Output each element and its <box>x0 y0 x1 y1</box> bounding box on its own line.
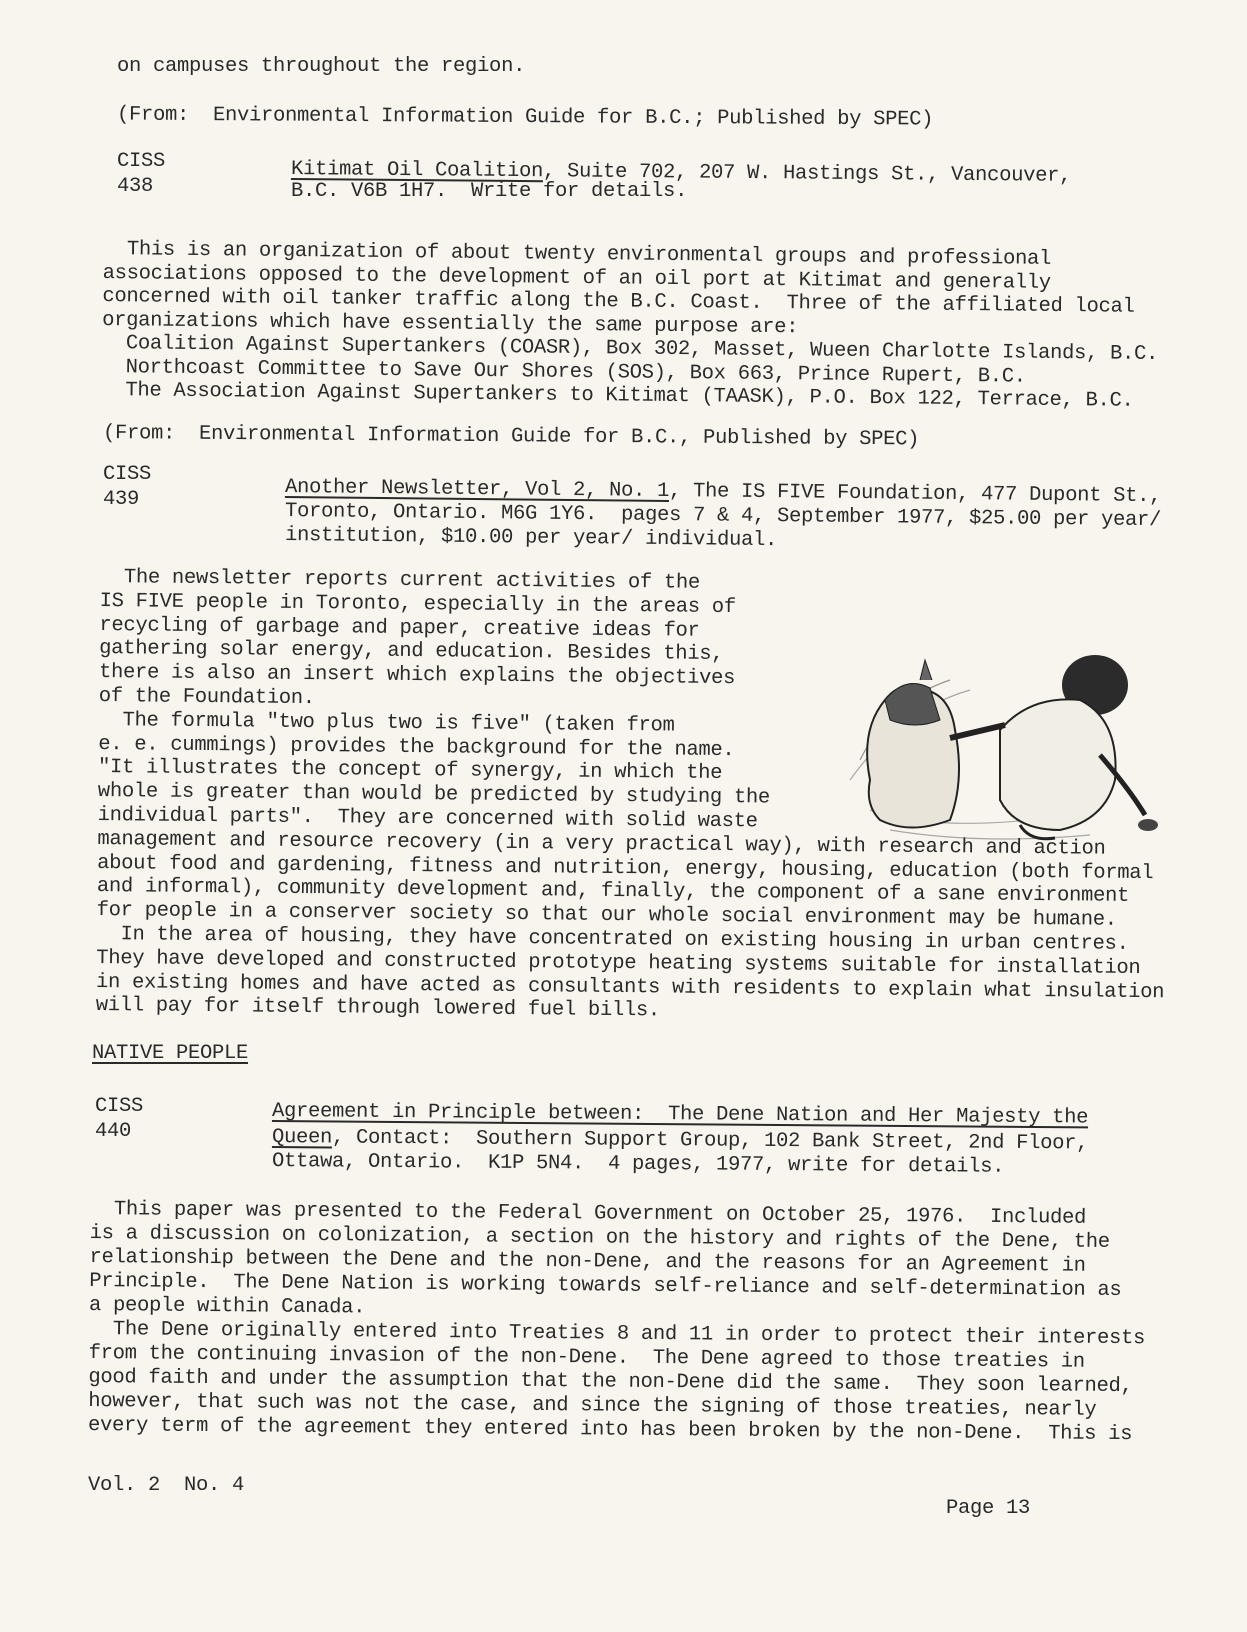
ciss-number-438: CISS438 <box>117 150 165 199</box>
entry-title: Another Newsletter, Vol 2, No. 1 <box>285 476 669 503</box>
document-page: on campuses throughout the region. (From… <box>0 0 1247 1632</box>
issue-label: Vol. 2 No. 4 <box>88 1474 244 1497</box>
page-number: Page 13 <box>946 1497 1030 1520</box>
entry-citation-line: Ottawa, Ontario. K1P 5N4. 4 pages, 1977,… <box>272 1152 1004 1178</box>
intro-line: on campuses throughout the region. <box>117 57 525 78</box>
section-heading: NATIVE PEOPLE <box>92 1044 248 1065</box>
entry-citation-line: institution, $10.00 per year/ individual… <box>285 526 777 552</box>
text-line: of the Foundation. <box>99 687 315 710</box>
ciss-number-439: CISS439 <box>103 463 151 512</box>
ciss-number-440: CISS440 <box>95 1095 143 1144</box>
entry-citation-line: B.C. V6B 1H7. Write for details. <box>291 182 687 203</box>
text-line: a people within Canada. <box>89 1296 365 1319</box>
source-citation: (From: Environmental Information Guide f… <box>117 106 933 131</box>
entry-title: Agreement in Principle between: The Dene… <box>272 1102 1088 1129</box>
text-line: will pay for itself through lowered fuel… <box>96 996 660 1022</box>
child-collecting-garbage-illustration <box>830 580 1160 850</box>
source-citation: (From: Environmental Information Guide f… <box>103 424 919 451</box>
